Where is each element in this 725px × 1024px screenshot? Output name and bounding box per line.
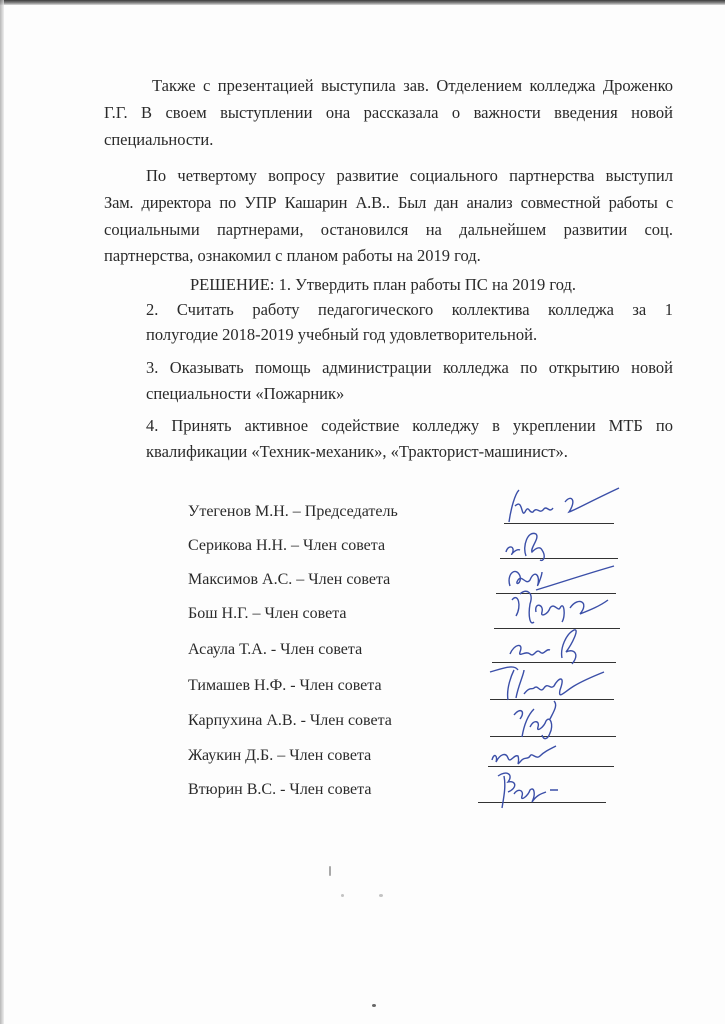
signature-row: Карпухина А.В. - Член совета — [0, 711, 725, 741]
text-line: специальности «Пожарник» — [146, 384, 344, 404]
text-line: Также с презентацией выступила зав. Отде… — [152, 76, 673, 96]
text-line: 3. Оказывать помощь администрации коллед… — [146, 358, 673, 378]
signatory-name: Втюрин В.С. - Член совета — [188, 780, 371, 800]
text-line: 2. Считать работу педагогического коллек… — [146, 300, 673, 320]
handwritten-signature-icon — [484, 766, 574, 812]
scan-speck — [372, 1004, 376, 1007]
signatory-name: Утегенов М.Н. – Председатель — [188, 502, 398, 522]
text-line: 4. Принять активное содействие колледжу … — [146, 416, 673, 436]
signatory-name: Асаула Т.А. - Член совета — [188, 640, 362, 660]
handwritten-signature-icon — [486, 738, 566, 768]
text-line: квалификации «Техник-механик», «Трактори… — [146, 442, 568, 462]
signatory-name: Бош Н.Г. – Член совета — [188, 604, 347, 624]
signatory-name: Серикова Н.Н. – Член совета — [188, 536, 385, 556]
text-line: специальности. — [104, 130, 213, 150]
text-line: Г.Г. В своем выступлении она рассказала … — [104, 103, 673, 123]
signature-row: Асаула Т.А. - Член совета — [0, 640, 725, 670]
signatory-name: Жаукин Д.Б. – Член совета — [188, 746, 371, 766]
signatory-name: Тимашев Н.Ф. - Член совета — [188, 676, 382, 696]
decision-heading: РЕШЕНИЕ: 1. Утвердить план работы ПС на … — [190, 275, 576, 295]
scan-speck — [341, 894, 344, 897]
scan-edge-top — [0, 0, 725, 5]
scan-speck — [379, 894, 383, 897]
signatory-name: Максимов А.С. – Член совета — [188, 570, 390, 590]
signature-row: Жаукин Д.Б. – Член совета — [0, 746, 725, 776]
text-line: социальными партнерами, остановился на д… — [104, 220, 673, 240]
signature-row: Бош Н.Г. – Член совета — [0, 604, 725, 634]
signature-row: Тимашев Н.Ф. - Член совета — [0, 676, 725, 706]
text-line: партнерства, ознакомил с планом работы н… — [104, 246, 481, 266]
text-line: полугодие 2018-2019 учебный год удовлетв… — [146, 325, 537, 345]
text-line: Зам. директора по УПР Кашарин А.В.. Был … — [104, 193, 673, 213]
signature-row: Утегенов М.Н. – Председатель — [0, 502, 725, 532]
signature-row: Втюрин В.С. - Член совета — [0, 780, 725, 810]
signatory-name: Карпухина А.В. - Член совета — [188, 711, 392, 731]
handwritten-signature-icon — [495, 484, 625, 526]
scan-speck — [329, 866, 331, 876]
text-line: По четвертому вопросу развитие социально… — [146, 166, 673, 186]
